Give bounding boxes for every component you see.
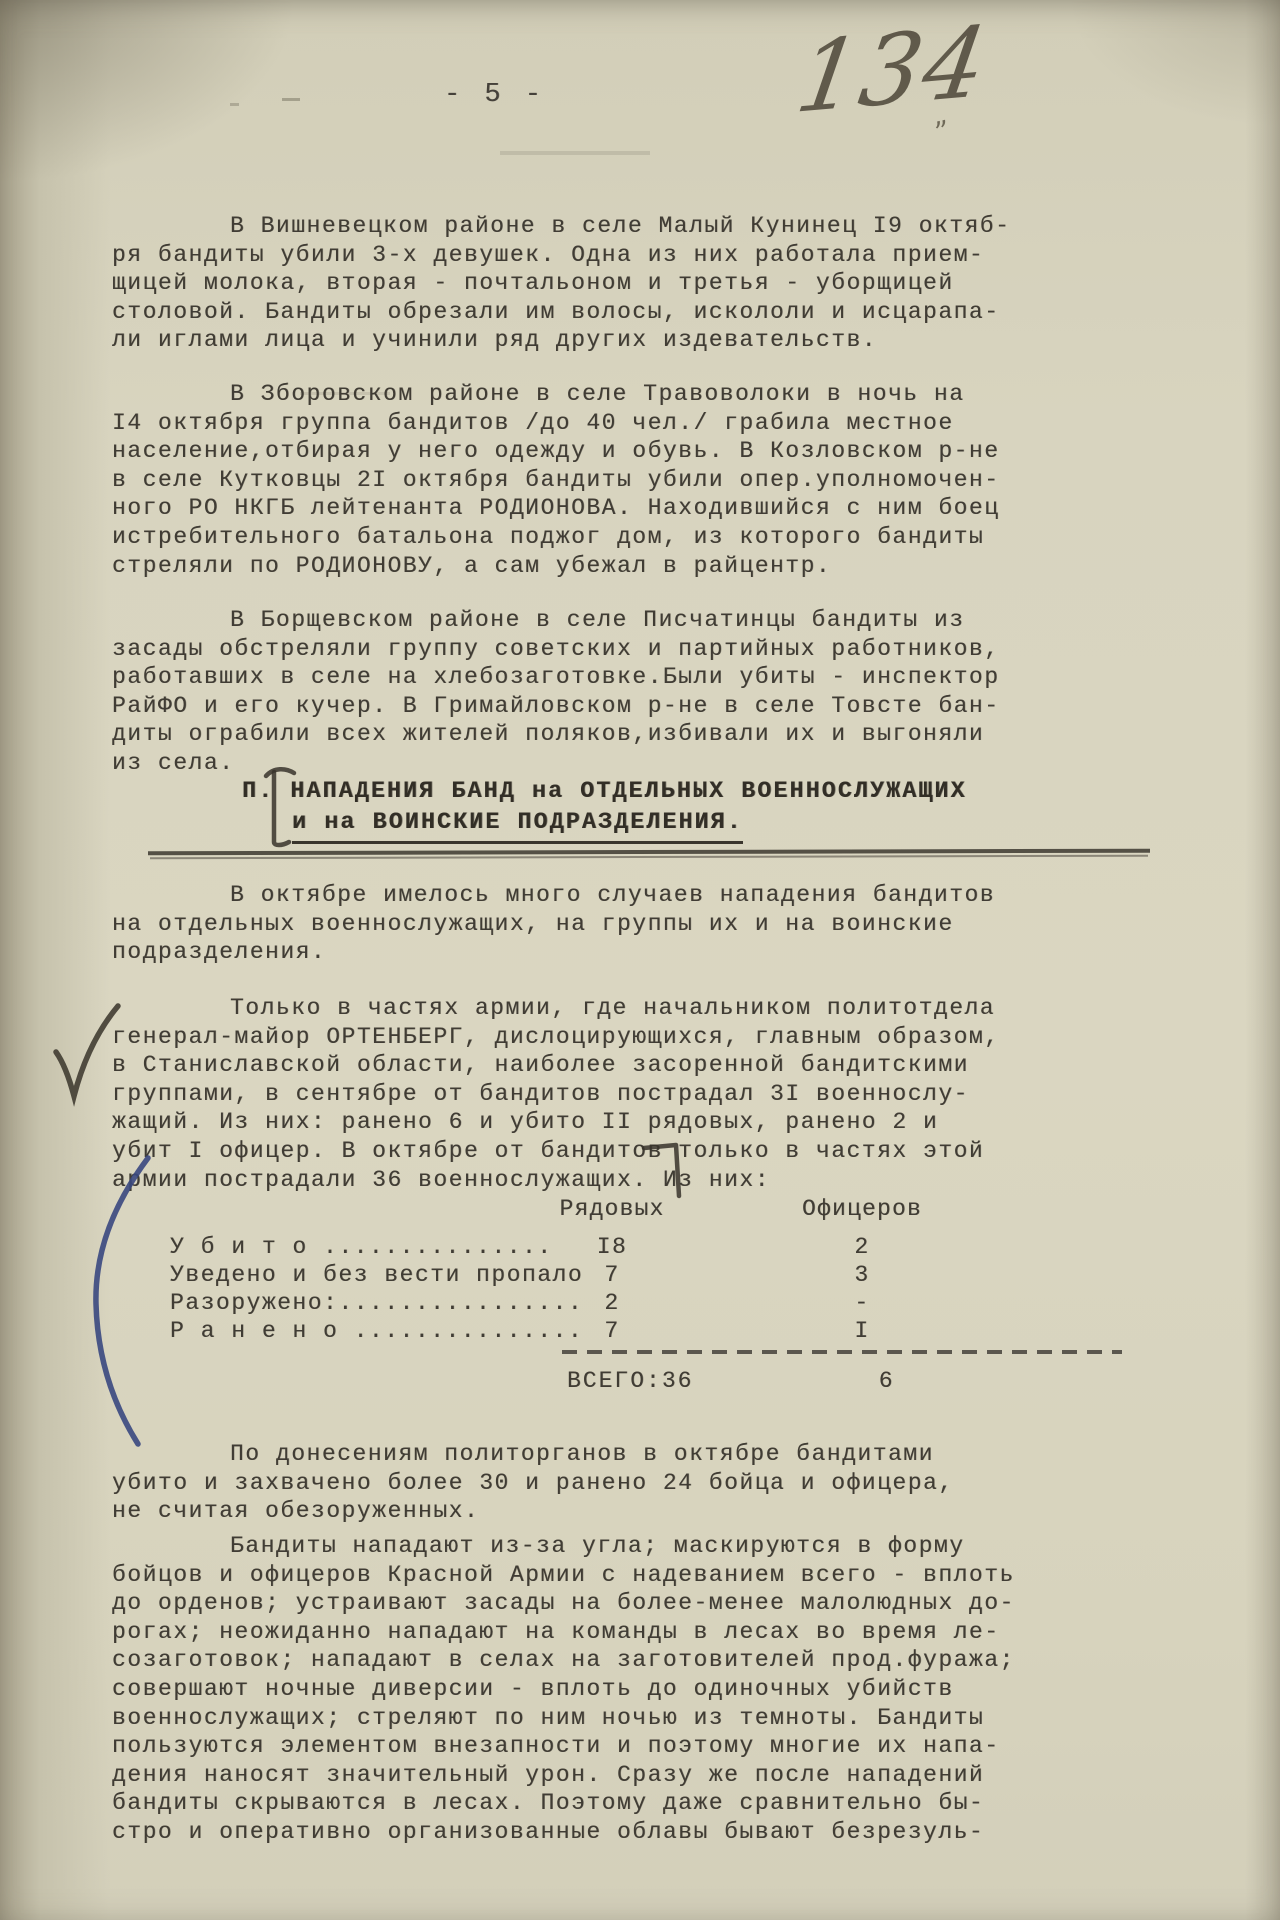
row-value-ryadovyh: 2	[552, 1290, 672, 1318]
handwritten-folio-number: 134	[789, 5, 996, 136]
smudge-mark	[282, 98, 300, 101]
casualty-table: Рядовых Офицеров У б и т о .............…	[112, 1196, 1052, 1394]
row-value-ryadovyh: 7	[552, 1318, 672, 1346]
row-label: Р а н е н о ...............	[112, 1318, 552, 1346]
row-label: Уведено и без вести пропало	[112, 1262, 552, 1290]
section-heading: П. НАПАДЕНИЯ БАНД на ОТДЕЛЬНЫХ ВОЕННОСЛУ…	[112, 776, 1052, 844]
heading-bracket-mark	[262, 764, 304, 852]
row-value-ofitserov: 2	[802, 1234, 922, 1262]
row-value-ofitserov: I	[802, 1318, 922, 1346]
paragraph-borshchevsky: В Борщевском районе в селе Писчатинцы ба…	[112, 606, 1052, 778]
smudge-mark	[230, 103, 239, 106]
paragraph-vishnevetsky: В Вишневецком районе в селе Малый Кунине…	[112, 212, 1052, 355]
row-value-ryadovyh: 7	[552, 1262, 672, 1290]
row-label: У б и т о ...............	[112, 1234, 552, 1262]
total-ofitserov: 6	[826, 1368, 946, 1394]
section-heading-line1: П. НАПАДЕНИЯ БАНД на ОТДЕЛЬНЫХ ВОЕННОСЛУ…	[112, 776, 1052, 807]
row-value-ofitserov: -	[802, 1290, 922, 1318]
table-separator-line	[562, 1350, 1122, 1354]
text-bracket-mark	[640, 1138, 686, 1204]
section-heading-line2: и на ВОИНСКИЕ ПОДРАЗДЕЛЕНИЯ.	[112, 807, 1052, 844]
table-row: Разоружено:................ 2 -	[112, 1290, 1052, 1318]
paragraph-politorgans: По донесениям политорганов в октябре бан…	[112, 1440, 1052, 1526]
smudge-mark	[500, 151, 650, 155]
paragraph-october-cases: В октябре имелось много случаев нападени…	[112, 881, 1052, 967]
casualty-table-header: Рядовых Офицеров	[112, 1196, 1052, 1225]
margin-check-mark	[48, 1000, 126, 1105]
column-header-ofitserov: Офицеров	[802, 1196, 922, 1225]
table-row: У б и т о ............... I8 2	[112, 1234, 1052, 1262]
paragraph-zborovsky: В Зборовском районе в селе Травоволоки в…	[112, 380, 1052, 580]
document-page: - 5 - 134 „ В Вишневецком районе в селе …	[0, 0, 1280, 1920]
page-number: - 5 -	[444, 80, 545, 110]
paragraph-tactics: Бандиты нападают из-за угла; маскируются…	[112, 1532, 1052, 1847]
table-total-row: ВСЕГО:36 6	[112, 1368, 1052, 1394]
total-label: ВСЕГО:36	[112, 1368, 693, 1394]
heading-underline-rule-shadow	[150, 855, 1148, 860]
paragraph-ortenberg: Только в частях армии, где начальником п…	[112, 994, 1052, 1194]
row-value-ofitserov: 3	[802, 1262, 922, 1290]
row-value-ryadovyh: I8	[552, 1234, 672, 1262]
row-label: Разоружено:................	[112, 1290, 552, 1318]
table-row: Р а н е н о ............... 7 I	[112, 1318, 1052, 1346]
margin-brace-blue	[84, 1152, 162, 1452]
table-row: Уведено и без вести пропало 7 3	[112, 1262, 1052, 1290]
